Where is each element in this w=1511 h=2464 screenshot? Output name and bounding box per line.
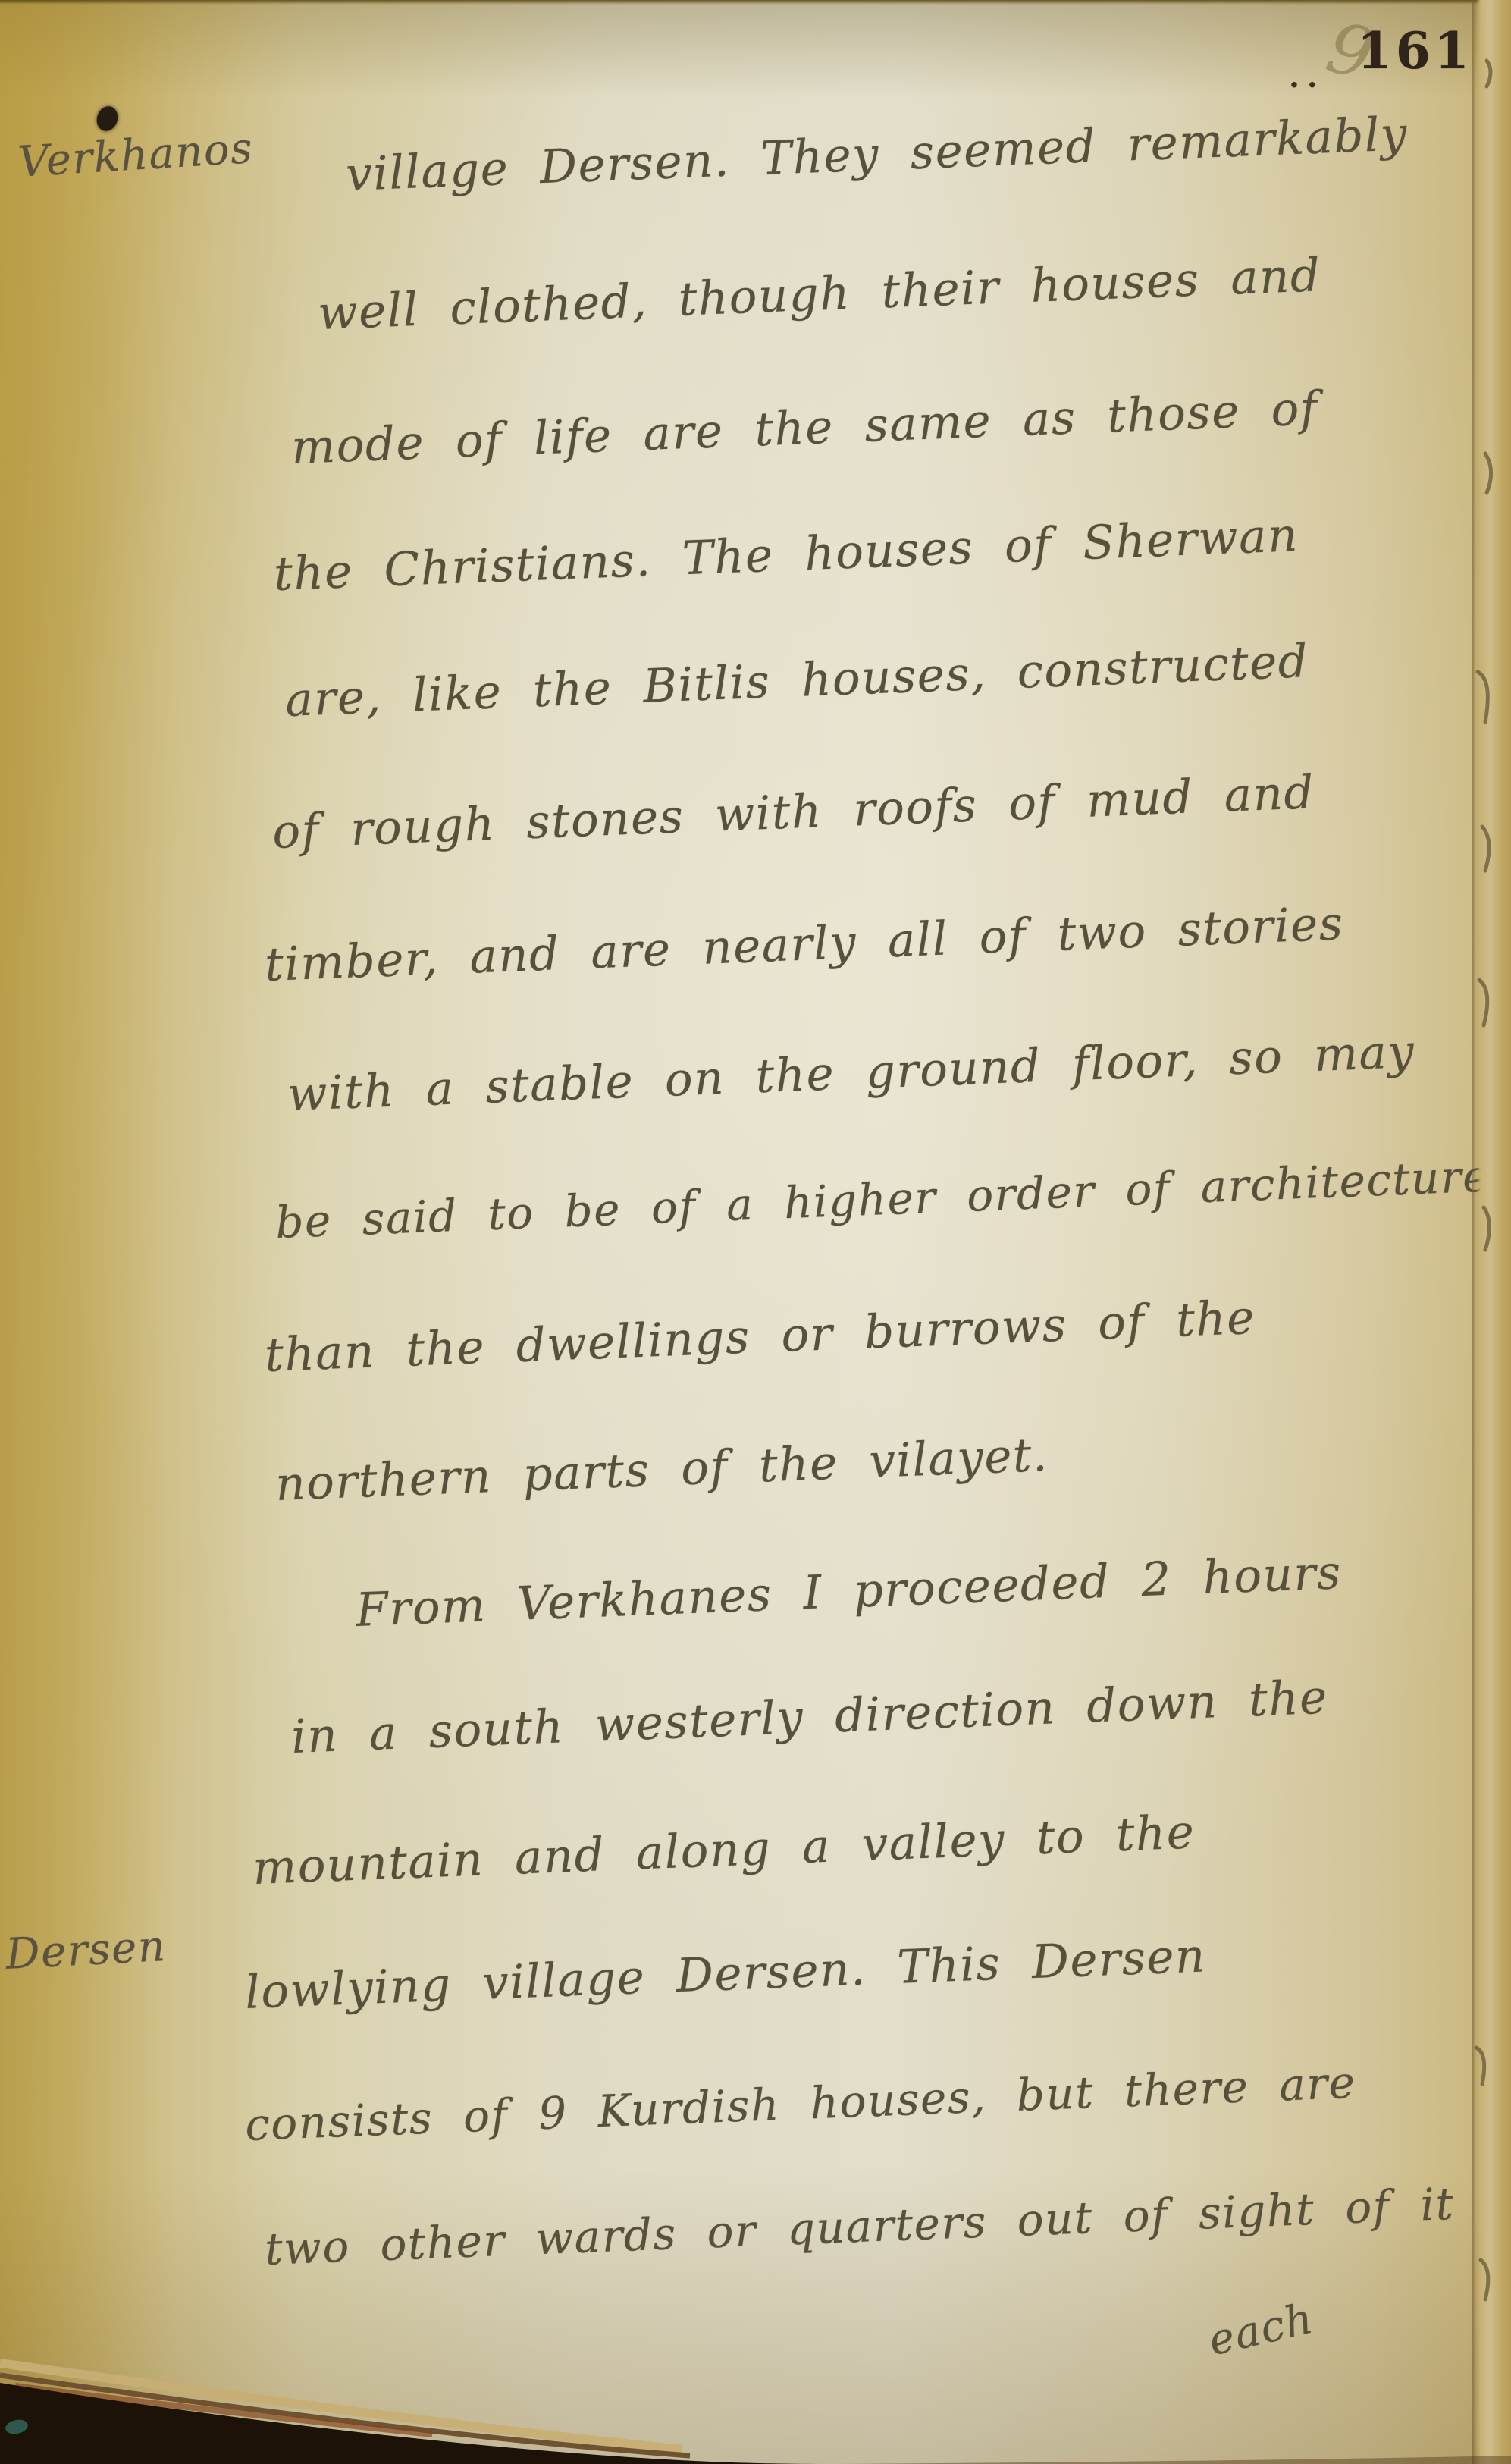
manuscript-line: mountain and along a valley to the <box>252 1805 1196 1895</box>
manuscript-line: northern parts of the vilayet. <box>274 1428 1049 1511</box>
page-number: 161 <box>1357 21 1473 80</box>
book-bottom-edge <box>0 2336 1511 2464</box>
manuscript-line: be said to be of a higher order of archi… <box>274 1150 1491 1248</box>
manuscript-line: two other wards or quarters out of sight… <box>264 2178 1456 2275</box>
manuscript-line: From Verkhanes I proceeded 2 hours <box>355 1546 1343 1637</box>
page-top-edge <box>0 0 1511 5</box>
manuscript-line: are, like the Bitlis houses, constructed <box>284 634 1310 727</box>
manuscript-line: village Dersen. They seemed remarkably <box>345 107 1409 202</box>
manuscript-line: consists of 9 Kurdish houses, but there … <box>244 2057 1357 2151</box>
fore-edge-ink-marks <box>1472 0 1511 2464</box>
page-number-dots: .. <box>1289 59 1325 95</box>
manuscript-line: with a stable on the ground floor, so ma… <box>287 1025 1416 1122</box>
manuscript-line: mode of life are the same as those of <box>290 381 1319 475</box>
manuscript-line: well clothed, though their houses and <box>317 248 1322 341</box>
manuscript-line: in a south westerly direction down the <box>290 1670 1329 1763</box>
manuscript-page: .. 9 161 Verkhanos Dersen village Dersen… <box>0 0 1511 2464</box>
manuscript-line: lowlying village Dersen. This Dersen <box>244 1929 1207 2020</box>
margin-note-verkhanos: Verkhanos <box>17 124 255 187</box>
manuscript-line: the Christians. The houses of Sherwan <box>273 508 1299 601</box>
manuscript-line: of rough stones with roofs of mud and <box>271 765 1315 859</box>
manuscript-line: timber, and are nearly all of two storie… <box>264 896 1345 992</box>
margin-note-dersen: Dersen <box>5 1922 168 1979</box>
ink-blot <box>94 104 121 134</box>
manuscript-line: than the dwellings or burrows of the <box>264 1291 1256 1383</box>
book-fore-edge <box>1472 0 1511 2464</box>
